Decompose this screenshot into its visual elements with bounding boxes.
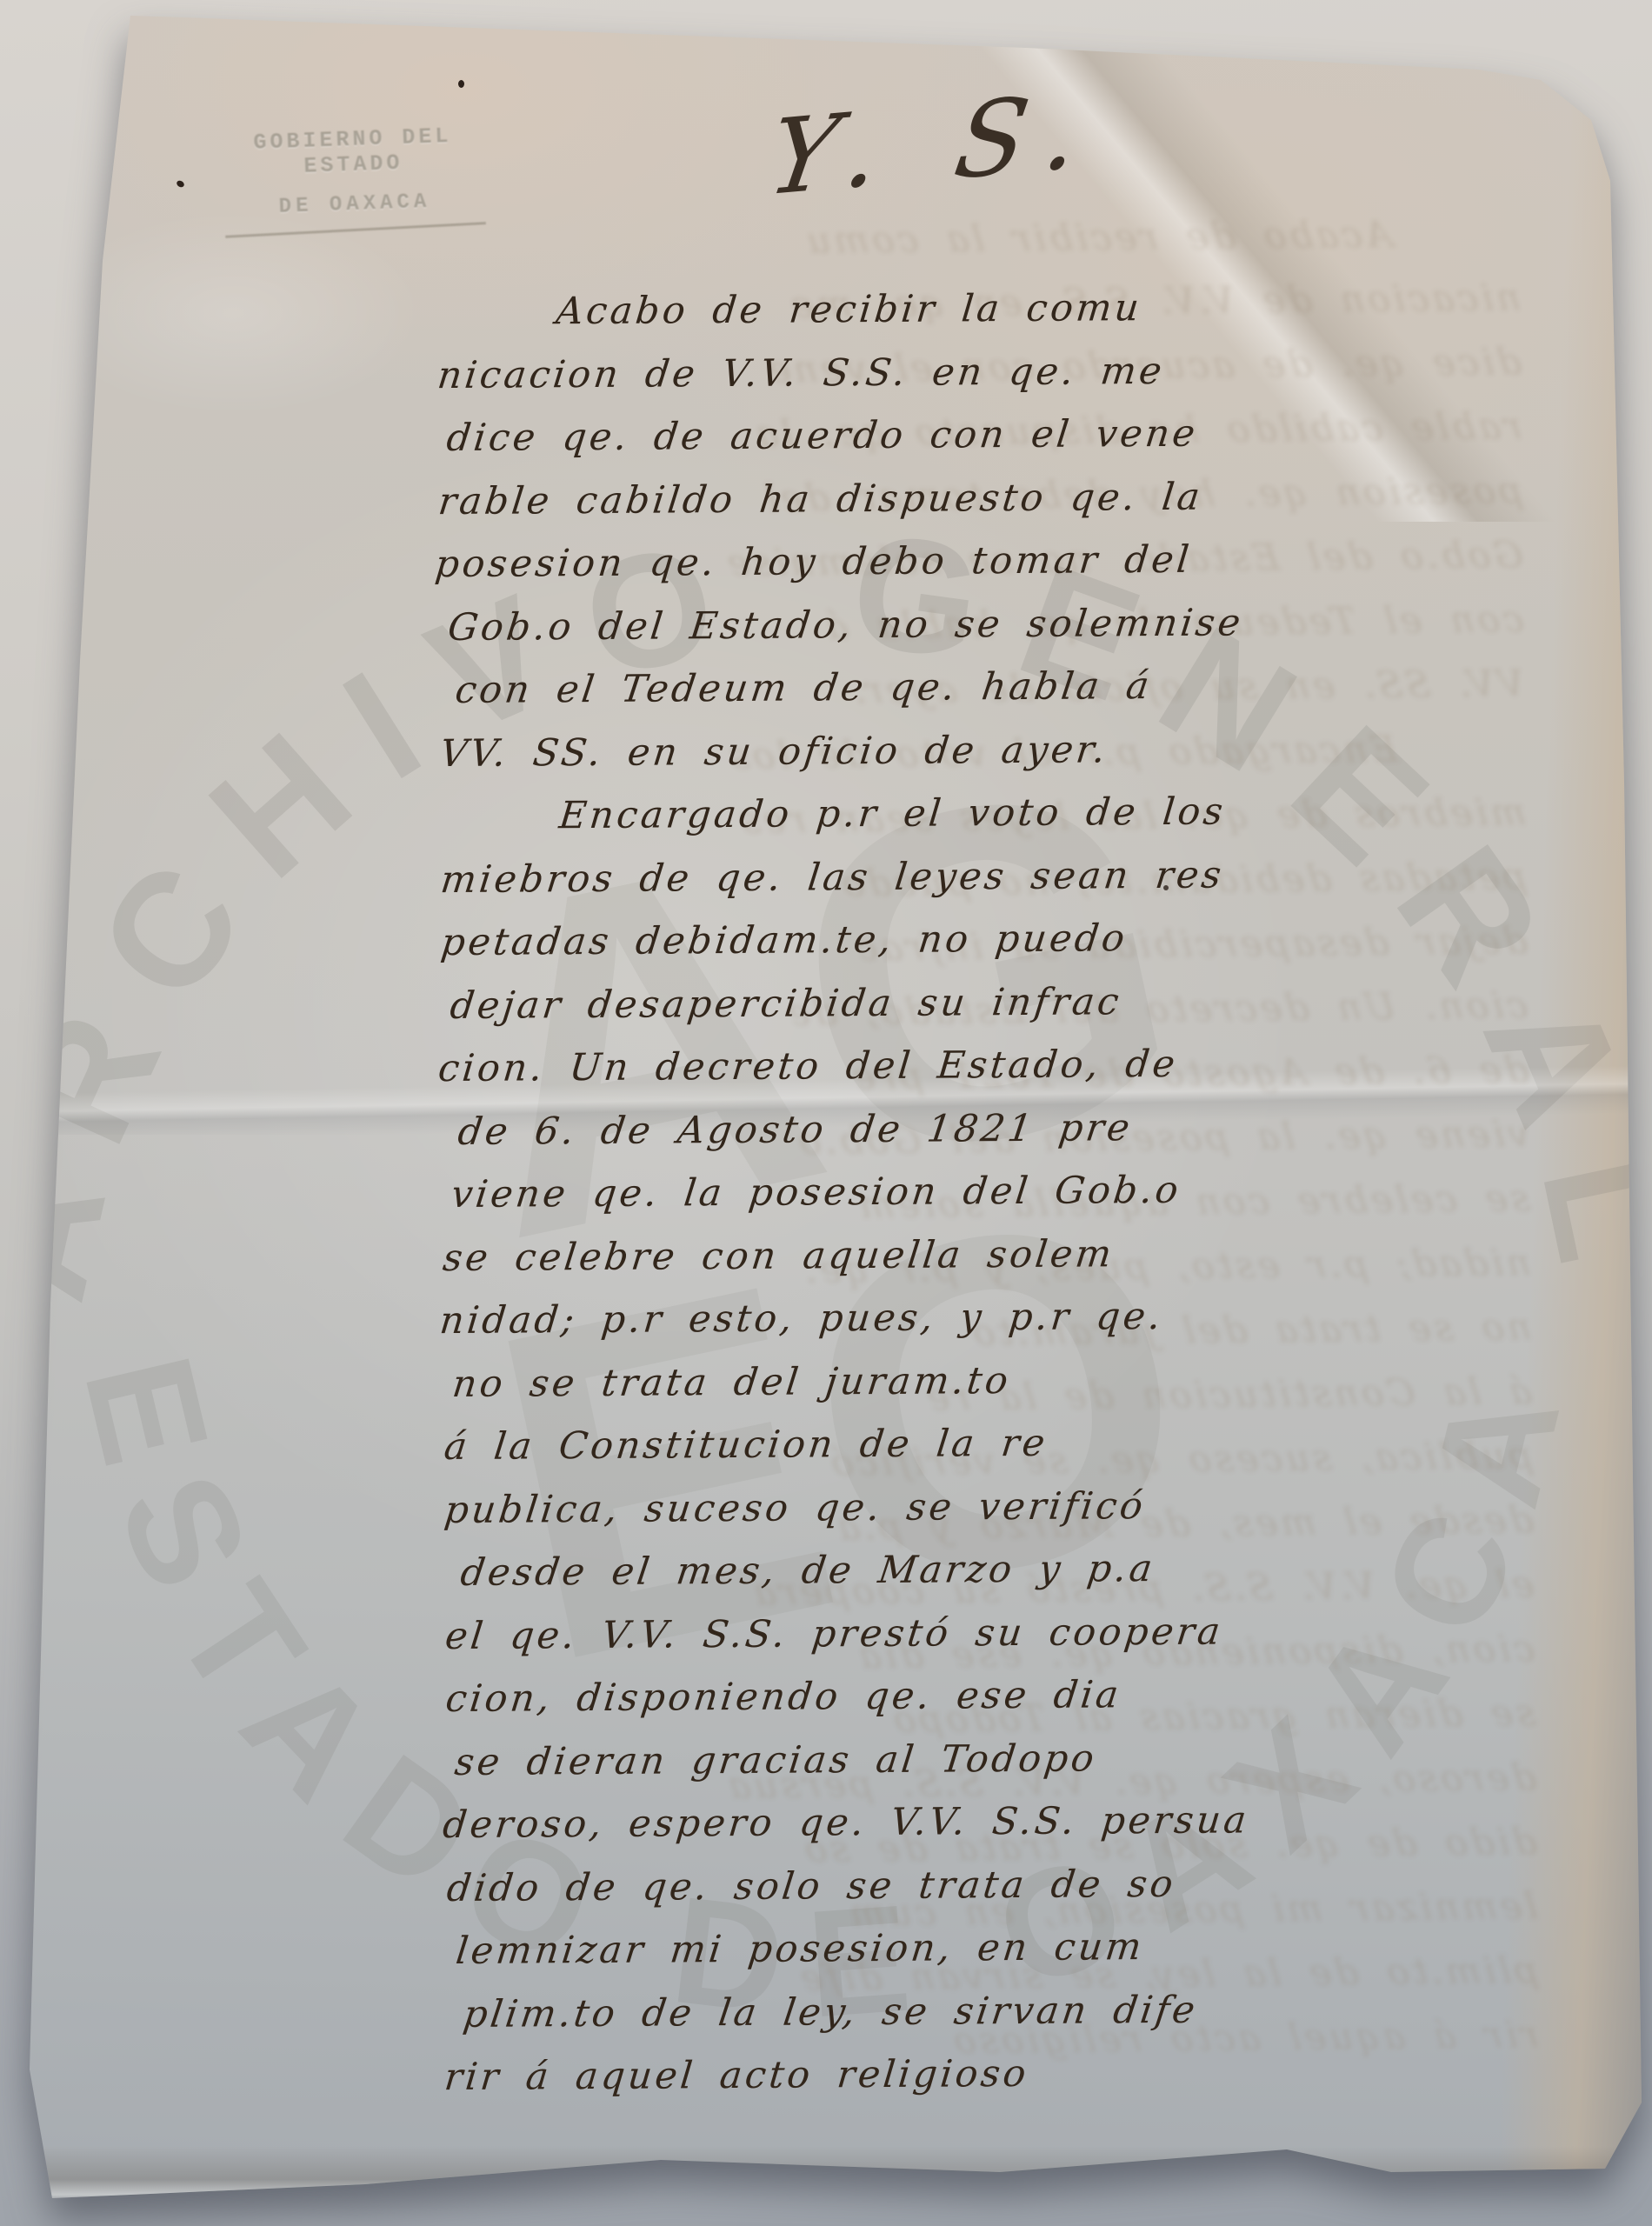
handwritten-text-layer: Acabo de recibir la comunicacion de V.V.…: [436, 283, 1604, 2119]
paper-shadow-wrap: ARCHIVO GENERAL ESTADO DE OAXACA AG EO G…: [0, 0, 1652, 2226]
manuscript-line: rable cabildo ha dispuesto qe. la: [434, 472, 1597, 543]
manuscript-line: cion, disponiendo qe. ese dia: [441, 1670, 1604, 1741]
manuscript-line: lemnizar mi posesion, en cum: [451, 1923, 1615, 1993]
manuscript-line: Acabo de recibir la comu: [430, 283, 1592, 354]
manuscript-line: viene qe. la posesion del Gob.o: [447, 1166, 1610, 1236]
manuscript-line: Gob.o del Estado, no se solemnise: [443, 598, 1607, 669]
manuscript-line: dice qe. de acuerdo con el vene: [442, 410, 1605, 480]
manuscript-line: desde el mes, de Marzo y p.a: [456, 1544, 1621, 1615]
manuscript-line: cion. Un decreto del Estado, de: [435, 1040, 1597, 1110]
manuscript-line: á la Constitucion de la re: [440, 1418, 1603, 1489]
manuscript-line: plim.to de la ley, se sirvan dife: [458, 1985, 1623, 2056]
manuscript-line: Encargado p.r el voto de los: [433, 788, 1595, 858]
manuscript-line: posesion qe. hoy debo tomar del: [431, 536, 1594, 606]
ink-speck: [458, 80, 464, 88]
manuscript-line: se dieran gracias al Todopo: [450, 1733, 1614, 1803]
manuscript-line: dejar desapercibida su infrac: [445, 976, 1609, 1047]
manuscript-line: VV. SS. en su oficio de ayer.: [436, 724, 1599, 795]
manuscript-line: petadas debidam.te, no puedo: [436, 914, 1600, 984]
manuscript-line: el qe. V.V. S.S. prestó su coopera: [441, 1607, 1604, 1677]
government-stamp: GOBIERNO DEL ESTADO DE OAXACA: [209, 122, 499, 236]
manuscript-line: publica, suceso qe. se verificó: [440, 1481, 1603, 1551]
manuscript-line: miebros de qe. las leyes sean res: [436, 850, 1600, 921]
photo-background: ARCHIVO GENERAL ESTADO DE OAXACA AG EO G…: [0, 0, 1652, 2226]
stamp-line-2: DE OAXACA: [211, 188, 499, 222]
manuscript-page: ARCHIVO GENERAL ESTADO DE OAXACA AG EO G…: [0, 0, 1652, 2226]
manuscript-line: con el Tedeum de qe. habla á: [450, 662, 1615, 732]
manuscript-line: deroso, espero qe. V.V. S.S. persua: [439, 1796, 1602, 1867]
bleedthrough-line: Acabo de recibir la comu: [360, 211, 1525, 288]
manuscript-line: se celebre con aquella solem: [438, 1229, 1602, 1299]
manuscript-line: dido de qe. solo se trata de so: [443, 1859, 1606, 1929]
manuscript-line: nicacion de V.V. S.S. en qe. me: [433, 346, 1596, 417]
manuscript-line: no se trata del juram.to: [448, 1355, 1611, 1425]
manuscript-line: nidad; p.r esto, pues, y p.r qe.: [436, 1292, 1598, 1363]
torn-bottom-edge: [26, 2146, 1617, 2207]
manuscript-line: rir á aquel acto religioso: [441, 2049, 1603, 2119]
manuscript-line: de 6. de Agosto de 1821 pre: [453, 1103, 1618, 1173]
stamp-line-1: GOBIERNO DEL ESTADO: [209, 122, 497, 182]
ink-speck: [1163, 885, 1169, 890]
